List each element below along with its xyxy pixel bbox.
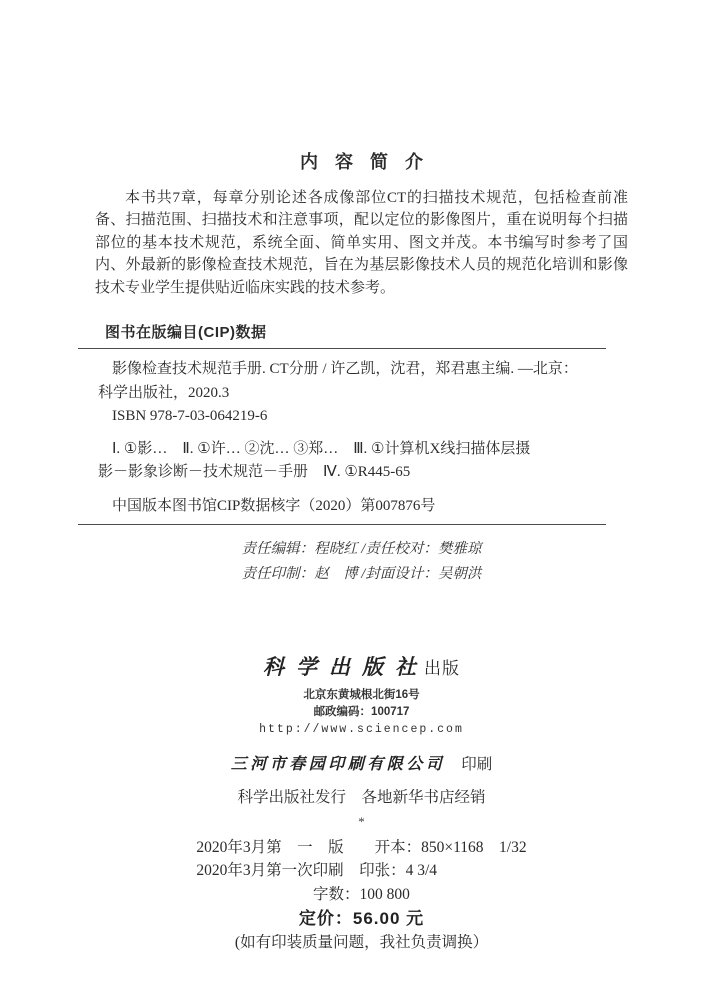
publisher-suffix: 出版 — [424, 659, 460, 678]
credits-printing-design-line: 责任印制：赵 博 /封面设计：吴朝洪 — [95, 562, 628, 587]
intro-title: 内容简介 — [95, 148, 628, 174]
publisher-address: 北京东黄城根北街16号 — [95, 687, 628, 704]
printer-label: 印刷 — [461, 756, 492, 773]
publisher-website: http://www.sciencep.com — [95, 721, 628, 738]
edition-block: 2020年3月第 一 版 开本：850×1168 1/32 2020年3月第一次… — [95, 836, 628, 883]
cip-isbn: ISBN 978-7-03-064219-6 — [98, 405, 606, 429]
cip-heading: 图书在版编目(CIP)数据 — [78, 322, 606, 344]
cip-classification-line2: 影－影象诊断－技术规范－手册 Ⅳ. ①R445-65 — [98, 461, 606, 485]
price-line: 定价：56.00 元 — [95, 907, 628, 930]
cip-registration-number: 中国版本图书馆CIP数据核字（2020）第007876号 — [98, 495, 606, 517]
cip-classification-line1: Ⅰ. ①影… Ⅱ. ①许… ②沈… ③郑… Ⅲ. ①计算机X线扫描体层摄 — [98, 438, 606, 462]
separator-asterisk: * — [95, 814, 628, 830]
publisher-imprint: 科学出版社出版 北京东黄城根北街16号 邮政编码：100717 http://w… — [95, 651, 628, 738]
intro-paragraph: 本书共7章，每章分别论述各成像部位CT的扫描技术规范，包括检查前准备、扫描范围、… — [95, 187, 628, 299]
cip-title-line: 影像检查技术规范手册. CT分册 / 许乙凯，沈君，郑君惠主编. —北京： — [98, 358, 606, 382]
credits-editors-line: 责任编辑：程晓红 /责任校对：樊雅琼 — [95, 537, 628, 562]
impression-line: 2020年3月第一次印刷 印张：4 3/4 — [196, 859, 526, 883]
edition-line: 2020年3月第 一 版 开本：850×1168 1/32 — [196, 836, 526, 860]
publisher-postcode: 邮政编码：100717 — [95, 704, 628, 721]
cip-publisher-line: 科学出版社，2020.3 — [98, 382, 606, 406]
cip-top-rule — [78, 348, 606, 349]
edition-inner: 2020年3月第 一 版 开本：850×1168 1/32 2020年3月第一次… — [196, 836, 526, 883]
printer-line: 三河市春园印刷有限公司印刷 — [95, 751, 628, 774]
cip-bottom-rule — [78, 524, 606, 525]
page-content: 内容简介 本书共7章，每章分别论述各成像部位CT的扫描技术规范，包括检查前准备、… — [0, 148, 720, 954]
cip-body: 影像检查技术规范手册. CT分册 / 许乙凯，沈君，郑君惠主编. —北京： 科学… — [78, 358, 606, 517]
quality-note-line: (如有印装质量问题，我社负责调换） — [95, 931, 628, 954]
printer-name: 三河市春园印刷有限公司 — [231, 756, 446, 773]
book-copyright-page: 内容简介 本书共7章，每章分别论述各成像部位CT的扫描技术规范，包括检查前准备、… — [0, 0, 720, 1000]
staff-credits: 责任编辑：程晓红 /责任校对：樊雅琼 责任印制：赵 博 /封面设计：吴朝洪 — [95, 537, 628, 587]
word-count-line: 字数：100 800 — [95, 883, 628, 906]
cip-data-box: 图书在版编目(CIP)数据 影像检查技术规范手册. CT分册 / 许乙凯，沈君，… — [78, 322, 606, 525]
distribution-line: 科学出版社发行 各地新华书店经销 — [95, 785, 628, 807]
publisher-name-line: 科学出版社出版 — [95, 651, 628, 681]
publisher-name: 科学出版社 — [263, 655, 428, 679]
